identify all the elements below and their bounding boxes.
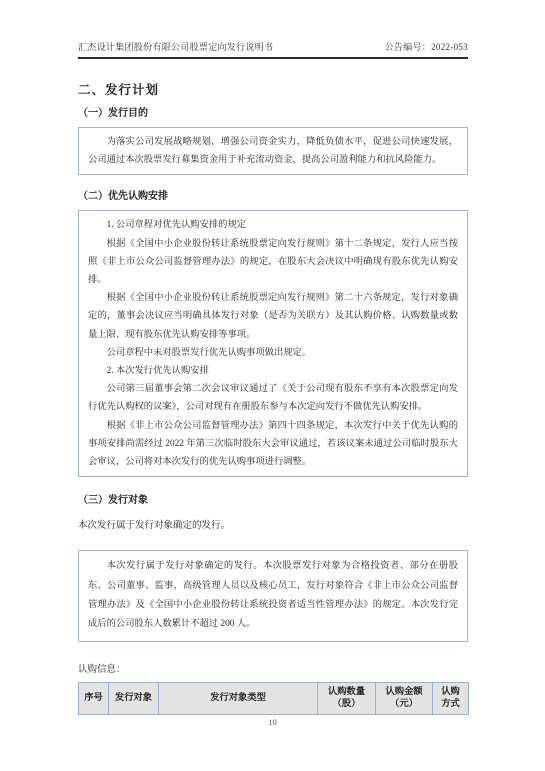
section-2-heading: （二）优先认购安排 <box>78 191 468 203</box>
page-number: 10 <box>0 717 545 727</box>
document-page: 汇杰设计集团股份有限公司股票定向发行说明书 公告编号：2022-053 二、发行… <box>0 0 545 771</box>
col-header-issue-target: 发行对象 <box>109 682 159 714</box>
document-title: 汇杰设计集团股份有限公司股票定向发行说明书 <box>78 40 273 53</box>
issue-target-paragraph: 本次发行属于发行对象确定的发行。本次股票发行对象为合格投资者、部分在册股东、公司… <box>88 557 458 635</box>
document-header: 汇杰设计集团股份有限公司股票定向发行说明书 公告编号：2022-053 <box>78 0 468 59</box>
issue-target-box: 本次发行属于发行对象确定的发行。本次股票发行对象为合格投资者、部分在册股东、公司… <box>78 550 468 642</box>
col-header-subscribe-quantity: 认购数量 （股） <box>318 682 376 714</box>
preemptive-paragraph: 公司第三届董事会第二次会议审议通过了《关于公司现有股东不享有本次股票定向发行优先… <box>88 380 458 416</box>
preemptive-paragraph: 根据《全国中小企业股份转让系统股票定向发行规则》第十二条规定，发行人应当按照《非… <box>88 235 458 290</box>
preemptive-paragraph: 1. 公司章程对优先认购安排的规定 <box>88 216 458 234</box>
subscription-info-label: 认购信息： <box>78 664 468 676</box>
purpose-box: 为落实公司发展战略规划，增强公司资金实力，降低负债水平，促进公司快速发展，公司通… <box>78 127 468 175</box>
announcement-number: 公告编号：2022-053 <box>385 40 468 53</box>
table-header-row: 序号 发行对象 发行对象类型 认购数量 （股） 认购金额 （元） 认购 方式 <box>79 682 469 714</box>
chapter-title: 二、发行计划 <box>78 83 468 97</box>
section-1-heading: （一）发行目的 <box>78 108 468 120</box>
issue-target-intro: 本次发行属于发行对象确定的发行。 <box>78 520 468 532</box>
col-header-target-type: 发行对象类型 <box>159 682 318 714</box>
preemptive-paragraph: 根据《全国中小企业股份转让系统股票定向发行规则》第二十六条规定，发行对象确定的，… <box>88 289 458 344</box>
purpose-paragraph: 为落实公司发展战略规划，增强公司资金实力，降低负债水平，促进公司快速发展，公司通… <box>88 133 458 169</box>
section-3-heading: （三）发行对象 <box>78 495 468 507</box>
preemptive-paragraph: 根据《非上市公众公司监督管理办法》第四十四条规定，本次发行中关于优先认购的事项安… <box>88 417 458 472</box>
page-content: 汇杰设计集团股份有限公司股票定向发行说明书 公告编号：2022-053 二、发行… <box>78 0 468 715</box>
subscription-table: 序号 发行对象 发行对象类型 认购数量 （股） 认购金额 （元） 认购 方式 <box>78 682 469 715</box>
preemptive-paragraph: 公司章程中未对股票发行优先认购事项做出规定。 <box>88 344 458 362</box>
col-header-subscribe-method: 认购 方式 <box>433 682 469 714</box>
col-header-subscribe-amount: 认购金额 （元） <box>376 682 433 714</box>
col-header-sequence: 序号 <box>79 682 109 714</box>
preemptive-paragraph: 2. 本次发行优先认购安排 <box>88 362 458 380</box>
preemptive-rights-box: 1. 公司章程对优先认购安排的规定 根据《全国中小企业股份转让系统股票定向发行规… <box>78 210 468 477</box>
